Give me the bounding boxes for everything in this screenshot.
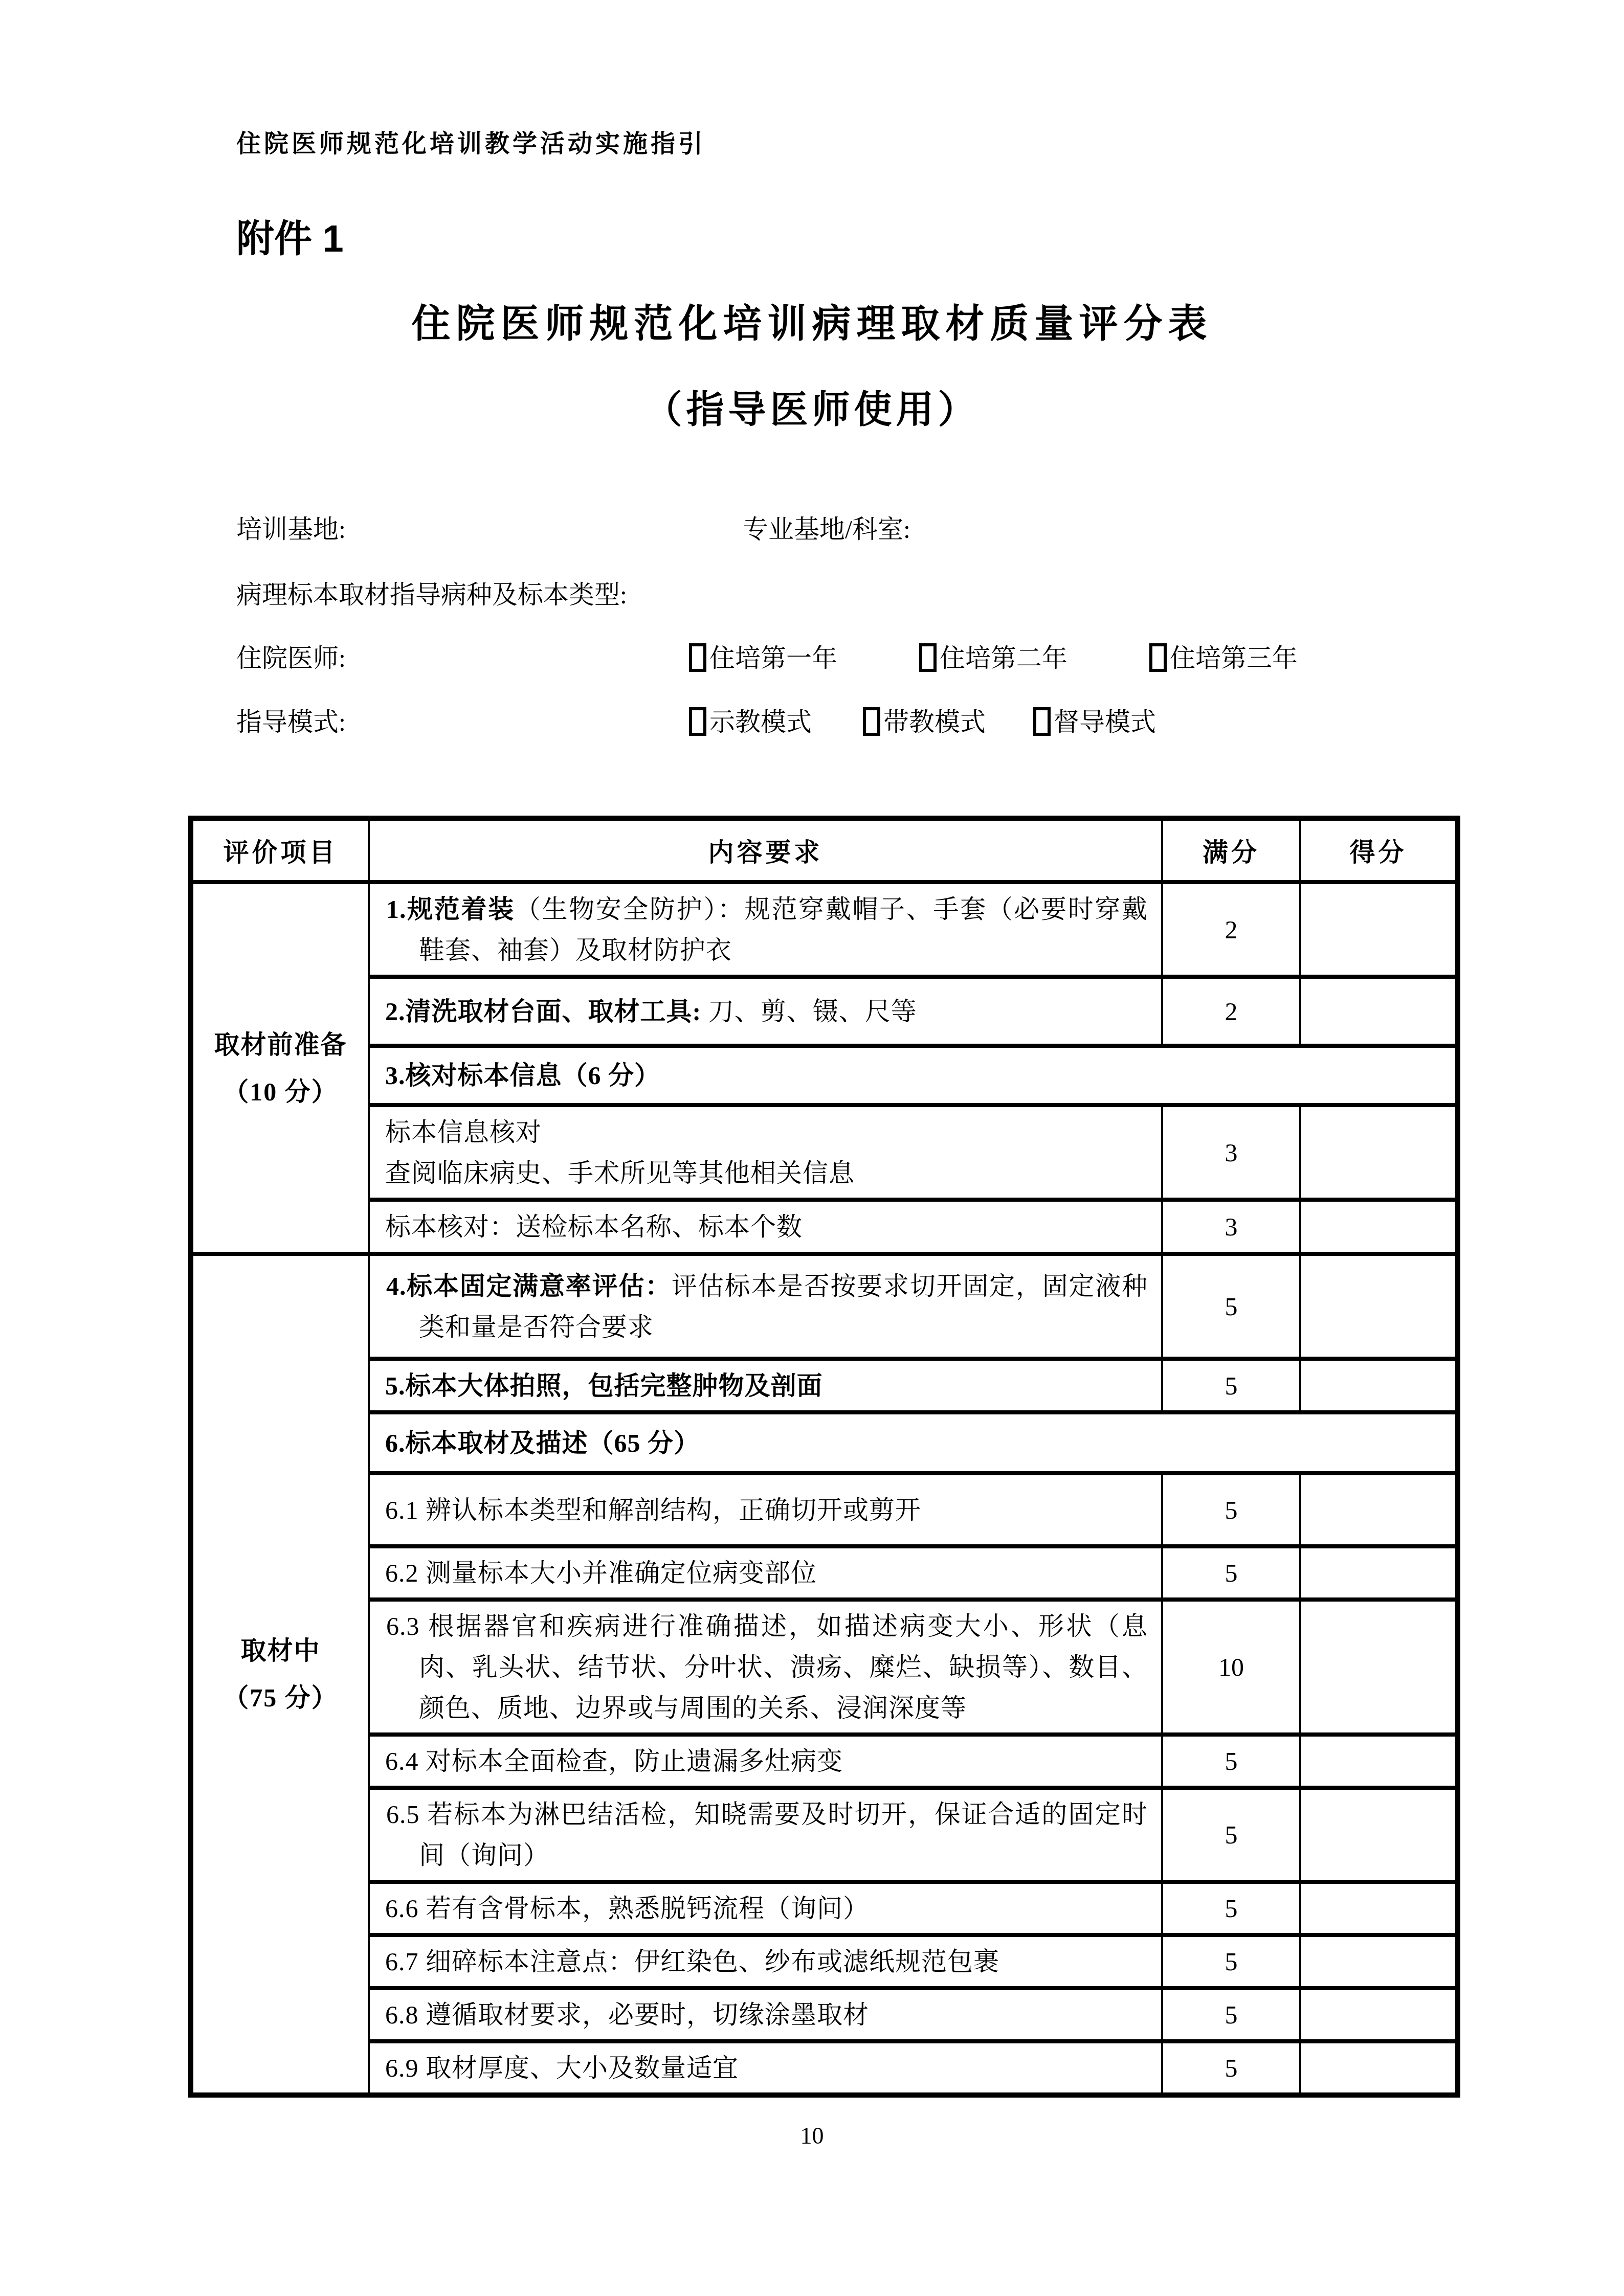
form-subtitle: （指导医师使用） <box>0 379 1624 434</box>
content-cell: 标本核对：送检标本名称、标本个数 <box>369 1200 1162 1254</box>
table-row: 6.2 测量标本大小并准确定位病变部位 5 <box>191 1546 1458 1600</box>
max-score-cell: 2 <box>1162 882 1300 977</box>
guidance-mode2-label: 带教模式 <box>883 708 986 736</box>
table-row: 取材前准备 （10 分） 1.规范着装（生物安全防护）：规范穿戴帽子、手套（必要… <box>191 882 1458 977</box>
cell-text-bold: 4.标本固定满意率评估： <box>386 1272 672 1300</box>
earned-score-cell <box>1300 882 1458 977</box>
cell-text-bold: 2.清洗取材台面、取材工具: <box>385 997 701 1026</box>
cell-text: 6.3 根据器官和疾病进行准确描述，如描述病变大小、形状（息肉、乳头状、结节状、… <box>386 1612 1148 1722</box>
cell-text-bold: 3.核对标本信息（6 分） <box>385 1061 660 1090</box>
table-row: 6.4 对标本全面检查，防止遗漏多灶病变 5 <box>191 1735 1458 1788</box>
guidance-mode3-option: 督导模式 <box>1033 702 1156 738</box>
cell-text: 6.8 遵循取材要求，必要时，切缘涂墨取材 <box>385 2000 869 2029</box>
table-row: 6.7 细碎标本注意点：伊红染色、纱布或滤纸规范包裹 5 <box>191 1935 1458 1988</box>
earned-score-cell <box>1300 1882 1458 1935</box>
table-row: 6.5 若标本为淋巴结活检，知晓需要及时切开，保证合适的固定时间（询问） 5 <box>191 1788 1458 1882</box>
guidance-mode3-label: 督导模式 <box>1054 708 1156 736</box>
content-cell-fullspan: 6.标本取材及描述（65 分） <box>369 1412 1458 1473</box>
col-header-item: 评价项目 <box>191 818 369 882</box>
guidance-mode-label: 指导模式: <box>236 708 346 736</box>
category-cell-sampling: 取材中 （75 分） <box>191 1254 369 2095</box>
cell-text-bold: 5.标本大体拍照，包括完整肿物及剖面 <box>385 1371 823 1400</box>
training-base-label: 培训基地: <box>236 515 346 544</box>
resident-year3-option: 住培第三年 <box>1149 638 1298 674</box>
content-cell: 6.9 取材厚度、大小及数量适宜 <box>369 2041 1162 2095</box>
content-cell: 1.规范着装（生物安全防护）：规范穿戴帽子、手套（必要时穿戴鞋套、袖套）及取材防… <box>369 882 1162 977</box>
cell-text-bold: 6.标本取材及描述（65 分） <box>385 1429 700 1457</box>
cell-text: 标本信息核对 查阅临床病史、手术所见等其他相关信息 <box>385 1118 855 1187</box>
earned-score-cell <box>1300 1600 1458 1735</box>
content-cell: 6.7 细碎标本注意点：伊红染色、纱布或滤纸规范包裹 <box>369 1935 1162 1988</box>
max-score-cell: 5 <box>1162 1254 1300 1359</box>
table-row: 取材中 （75 分） 4.标本固定满意率评估：评估标本是否按要求切开固定，固定液… <box>191 1254 1458 1359</box>
content-cell: 2.清洗取材台面、取材工具: 刀、剪、镊、尺等 <box>369 977 1162 1046</box>
earned-score-cell <box>1300 1788 1458 1882</box>
table-row: 6.标本取材及描述（65 分） <box>191 1412 1458 1473</box>
specimen-type-label: 病理标本取材指导病种及标本类型: <box>236 580 627 609</box>
guidance-mode2-option: 带教模式 <box>863 702 986 738</box>
content-cell: 标本信息核对 查阅临床病史、手术所见等其他相关信息 <box>369 1105 1162 1200</box>
max-score-cell: 5 <box>1162 1735 1300 1788</box>
checkbox-resident-year3 <box>1149 643 1167 672</box>
max-score-cell: 5 <box>1162 1473 1300 1546</box>
guidance-mode1-option: 示教模式 <box>689 702 812 738</box>
col-header-content: 内容要求 <box>369 818 1162 882</box>
cell-text: 6.5 若标本为淋巴结活检，知晓需要及时切开，保证合适的固定时间（询问） <box>386 1800 1148 1870</box>
table-row: 6.3 根据器官和疾病进行准确描述，如描述病变大小、形状（息肉、乳头状、结节状、… <box>191 1600 1458 1735</box>
max-score-cell: 2 <box>1162 977 1300 1046</box>
form-line-specimen-type: 病理标本取材指导病种及标本类型: <box>236 574 1624 615</box>
max-score-cell: 5 <box>1162 2041 1300 2095</box>
doc-header-text: 住院医师规范化培训教学活动实施指引 <box>236 124 706 159</box>
table-row: 6.6 若有含骨标本，熟悉脱钙流程（询问） 5 <box>191 1882 1458 1935</box>
checkbox-guidance-mode1 <box>689 707 706 736</box>
resident-year2-label: 住培第二年 <box>940 644 1067 672</box>
content-cell: 6.1 辨认标本类型和解剖结构，正确切开或剪开 <box>369 1473 1162 1546</box>
max-score-cell: 5 <box>1162 1546 1300 1600</box>
table-row: 标本核对：送检标本名称、标本个数 3 <box>191 1200 1458 1254</box>
cell-text: 6.1 辨认标本类型和解剖结构，正确切开或剪开 <box>385 1496 921 1524</box>
resident-year1-option: 住培第一年 <box>689 638 837 674</box>
earned-score-cell <box>1300 1200 1458 1254</box>
max-score-cell: 5 <box>1162 1788 1300 1882</box>
content-cell: 6.4 对标本全面检查，防止遗漏多灶病变 <box>369 1735 1162 1788</box>
content-cell-fullspan: 3.核对标本信息（6 分） <box>369 1046 1458 1105</box>
table-row: 6.9 取材厚度、大小及数量适宜 5 <box>191 2041 1458 2095</box>
earned-score-cell <box>1300 1254 1458 1359</box>
content-cell: 6.6 若有含骨标本，熟悉脱钙流程（询问） <box>369 1882 1162 1935</box>
cell-text: 6.7 细碎标本注意点：伊红染色、纱布或滤纸规范包裹 <box>385 1947 999 1976</box>
page-number: 10 <box>0 2122 1624 2149</box>
content-cell: 5.标本大体拍照，包括完整肿物及剖面 <box>369 1359 1162 1412</box>
cell-text-bold: 1.规范着装 <box>386 895 515 924</box>
earned-score-cell <box>1300 1546 1458 1600</box>
col-header-max-score: 满分 <box>1162 818 1300 882</box>
cell-text: 标本核对：送检标本名称、标本个数 <box>385 1212 803 1241</box>
earned-score-cell <box>1300 977 1458 1046</box>
form-line-bases: 培训基地: 专业基地/科室: <box>236 509 1624 550</box>
table-row: 标本信息核对 查阅临床病史、手术所见等其他相关信息 3 <box>191 1105 1458 1200</box>
checkbox-resident-year1 <box>689 643 706 672</box>
checkbox-guidance-mode2 <box>863 707 880 736</box>
earned-score-cell <box>1300 2041 1458 2095</box>
resident-year1-label: 住培第一年 <box>709 644 837 672</box>
form-line-guidance-mode: 指导模式: 示教模式 带教模式 督导模式 <box>236 702 1624 742</box>
category-cell-preparation: 取材前准备 （10 分） <box>191 882 369 1254</box>
document-page: 住院医师规范化培训教学活动实施指引 附件 1 住院医师规范化培训病理取材质量评分… <box>0 0 1624 2296</box>
content-cell: 6.8 遵循取材要求，必要时，切缘涂墨取材 <box>369 1988 1162 2041</box>
resident-label: 住院医师: <box>236 644 346 672</box>
table-row: 2.清洗取材台面、取材工具: 刀、剪、镊、尺等 2 <box>191 977 1458 1046</box>
resident-year2-option: 住培第二年 <box>919 638 1067 674</box>
cell-text: 6.9 取材厚度、大小及数量适宜 <box>385 2054 739 2082</box>
resident-year3-label: 住培第三年 <box>1170 644 1298 672</box>
earned-score-cell <box>1300 1988 1458 2041</box>
max-score-cell: 3 <box>1162 1105 1300 1200</box>
cell-text: 6.4 对标本全面检查，防止遗漏多灶病变 <box>385 1747 843 1775</box>
max-score-cell: 5 <box>1162 1988 1300 2041</box>
attachment-label: 附件 1 <box>236 209 344 263</box>
max-score-cell: 5 <box>1162 1935 1300 1988</box>
max-score-cell: 5 <box>1162 1359 1300 1412</box>
table-row: 5.标本大体拍照，包括完整肿物及剖面 5 <box>191 1359 1458 1412</box>
content-cell: 6.5 若标本为淋巴结活检，知晓需要及时切开，保证合适的固定时间（询问） <box>369 1788 1162 1882</box>
guidance-mode1-label: 示教模式 <box>709 708 812 736</box>
score-table: 评价项目 内容要求 满分 得分 取材前准备 （10 分） 1.规范着装（生物安全… <box>188 816 1460 2098</box>
earned-score-cell <box>1300 1105 1458 1200</box>
content-cell: 6.2 测量标本大小并准确定位病变部位 <box>369 1546 1162 1600</box>
max-score-cell: 5 <box>1162 1882 1300 1935</box>
table-row: 3.核对标本信息（6 分） <box>191 1046 1458 1105</box>
earned-score-cell <box>1300 1935 1458 1988</box>
earned-score-cell <box>1300 1359 1458 1412</box>
table-row: 6.8 遵循取材要求，必要时，切缘涂墨取材 5 <box>191 1988 1458 2041</box>
earned-score-cell <box>1300 1473 1458 1546</box>
content-cell: 4.标本固定满意率评估：评估标本是否按要求切开固定，固定液种类和量是否符合要求 <box>369 1254 1162 1359</box>
form-line-resident: 住院医师: 住培第一年 住培第二年 住培第三年 <box>236 638 1624 679</box>
max-score-cell: 10 <box>1162 1600 1300 1735</box>
form-title: 住院医师规范化培训病理取材质量评分表 <box>0 292 1624 348</box>
cell-text: （生物安全防护）：规范穿戴帽子、手套（必要时穿戴鞋套、袖套）及取材防护衣 <box>419 895 1148 964</box>
col-header-earned-score: 得分 <box>1300 818 1458 882</box>
cell-text: 6.6 若有含骨标本，熟悉脱钙流程（询问） <box>385 1894 869 1923</box>
specialty-base-label: 专业基地/科室: <box>743 509 910 546</box>
max-score-cell: 3 <box>1162 1200 1300 1254</box>
content-cell: 6.3 根据器官和疾病进行准确描述，如描述病变大小、形状（息肉、乳头状、结节状、… <box>369 1600 1162 1735</box>
cell-text: 刀、剪、镊、尺等 <box>701 997 917 1026</box>
earned-score-cell <box>1300 1735 1458 1788</box>
checkbox-resident-year2 <box>919 643 937 672</box>
table-row: 6.1 辨认标本类型和解剖结构，正确切开或剪开 5 <box>191 1473 1458 1546</box>
checkbox-guidance-mode3 <box>1033 707 1051 736</box>
table-header-row: 评价项目 内容要求 满分 得分 <box>191 818 1458 882</box>
cell-text: 6.2 测量标本大小并准确定位病变部位 <box>385 1559 817 1587</box>
